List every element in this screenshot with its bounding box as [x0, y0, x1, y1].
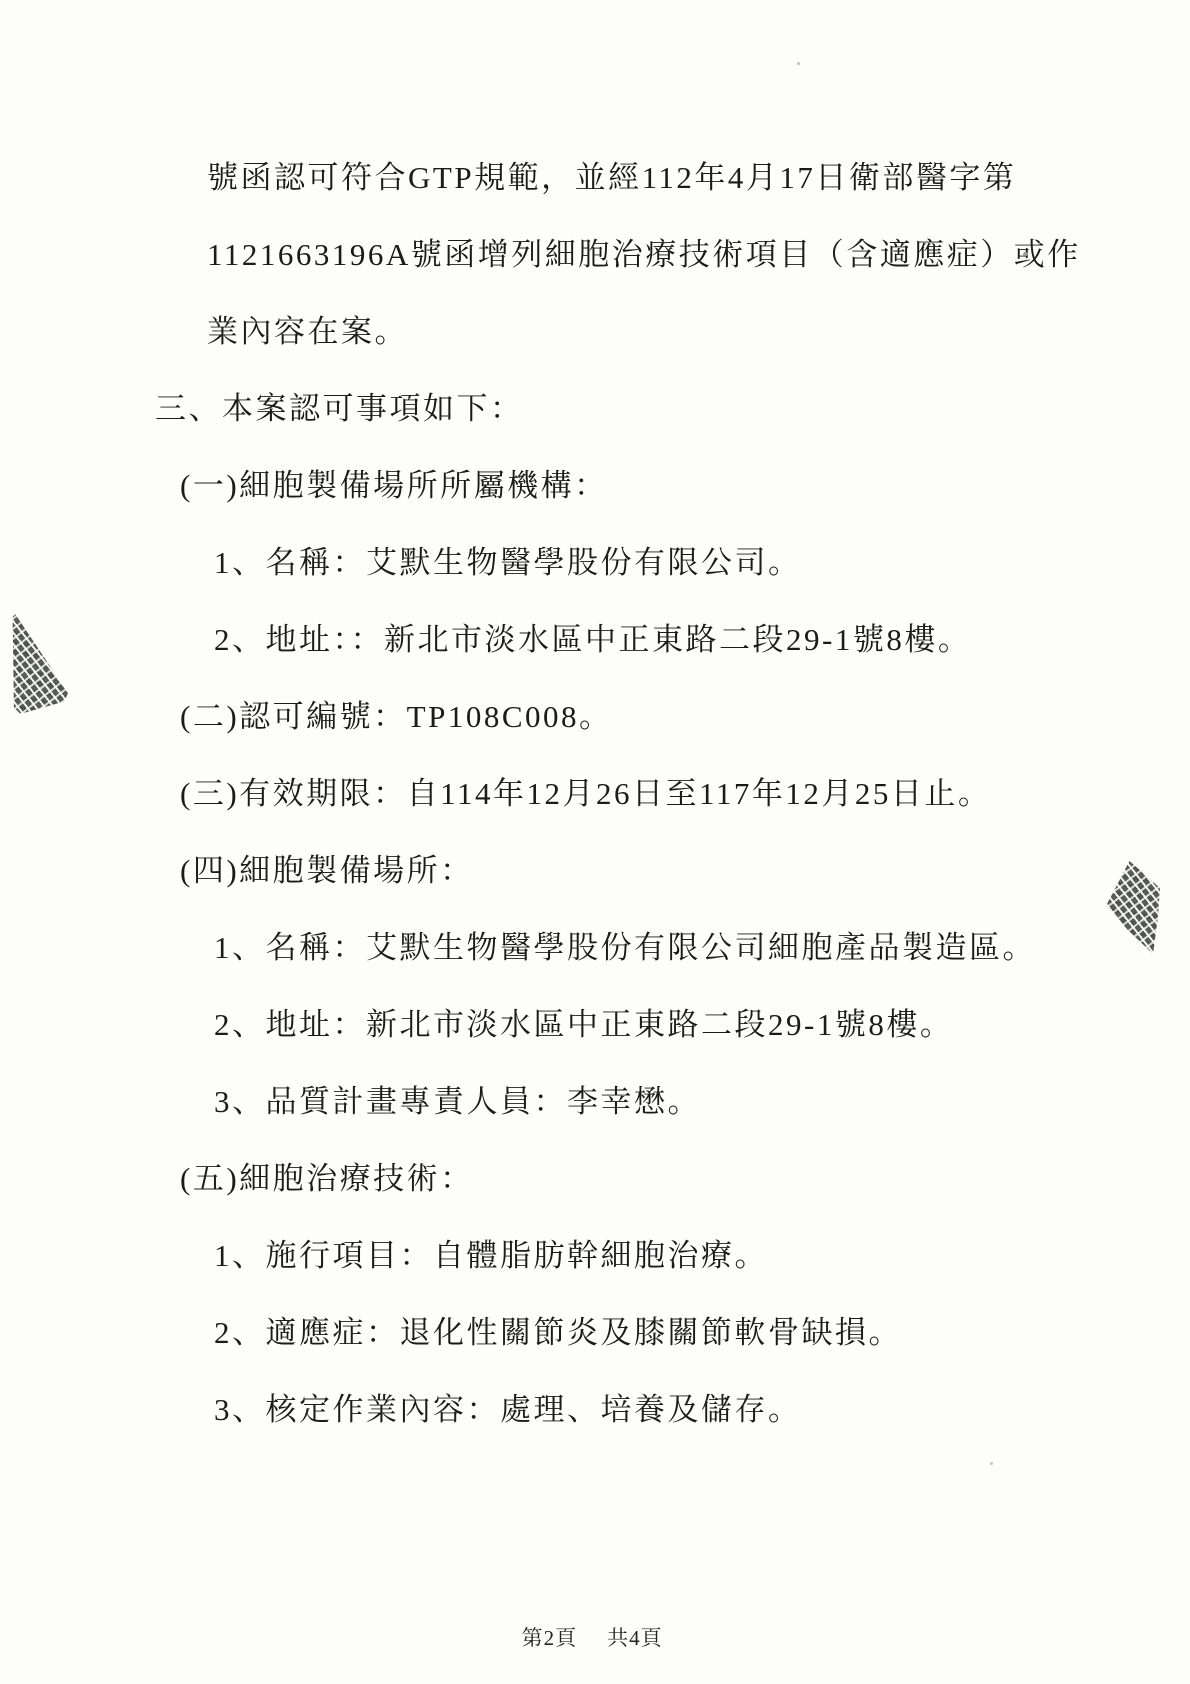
document-line: (五)細胞治療技術： — [180, 1161, 474, 1197]
scan-noise-speck — [1023, 252, 1028, 256]
document-line: 1121663196A號函增列細胞治療技術項目（含適應症）或作 — [207, 237, 1081, 273]
document-line: 1、施行項目：自體脂肪幹細胞治療。 — [214, 1238, 768, 1274]
document-line: 2、地址：：新北市淡水區中正東路二段29-1號8樓。 — [214, 622, 971, 658]
document-line: 業內容在案。 — [207, 314, 408, 350]
document-line: 號函認可符合GTP規範，並經112年4月17日衛部醫字第 — [207, 160, 1016, 196]
scanned-document-page: 號函認可符合GTP規範，並經112年4月17日衛部醫字第 1121663196A… — [0, 0, 1190, 1684]
document-line: 1、名稱：艾默生物醫學股份有限公司細胞產品製造區。 — [214, 930, 1036, 966]
document-line: 2、地址：新北市淡水區中正東路二段29-1號8樓。 — [214, 1007, 953, 1043]
scan-noise-speck — [990, 1462, 993, 1465]
document-line: (二)認可編號：TP108C008。 — [180, 699, 613, 735]
document-line: 三、本案認可事項如下： — [155, 391, 524, 427]
total-pages-label: 共4頁 — [607, 1626, 663, 1650]
document-line: 1、名稱：艾默生物醫學股份有限公司。 — [214, 545, 802, 581]
document-line: (三)有效期限：自114年12月26日至117年12月25日止。 — [180, 776, 991, 812]
document-line: 2、適應症：退化性關節炎及膝關節軟骨缺損。 — [214, 1315, 902, 1351]
document-line: 3、核定作業內容：處理、培養及儲存。 — [214, 1392, 802, 1428]
scan-noise-speck — [797, 62, 800, 65]
page-number-label: 第2頁 — [522, 1626, 578, 1650]
document-line: (四)細胞製備場所： — [180, 853, 474, 889]
document-line: (一)細胞製備場所所屬機構： — [180, 468, 608, 504]
document-line: 3、品質計畫專責人員：李幸懋。 — [214, 1084, 701, 1120]
page-footer: 第2頁共4頁 — [522, 1622, 663, 1652]
security-seal-fragment-icon — [6, 612, 72, 716]
security-seal-fragment-icon — [1101, 856, 1163, 956]
